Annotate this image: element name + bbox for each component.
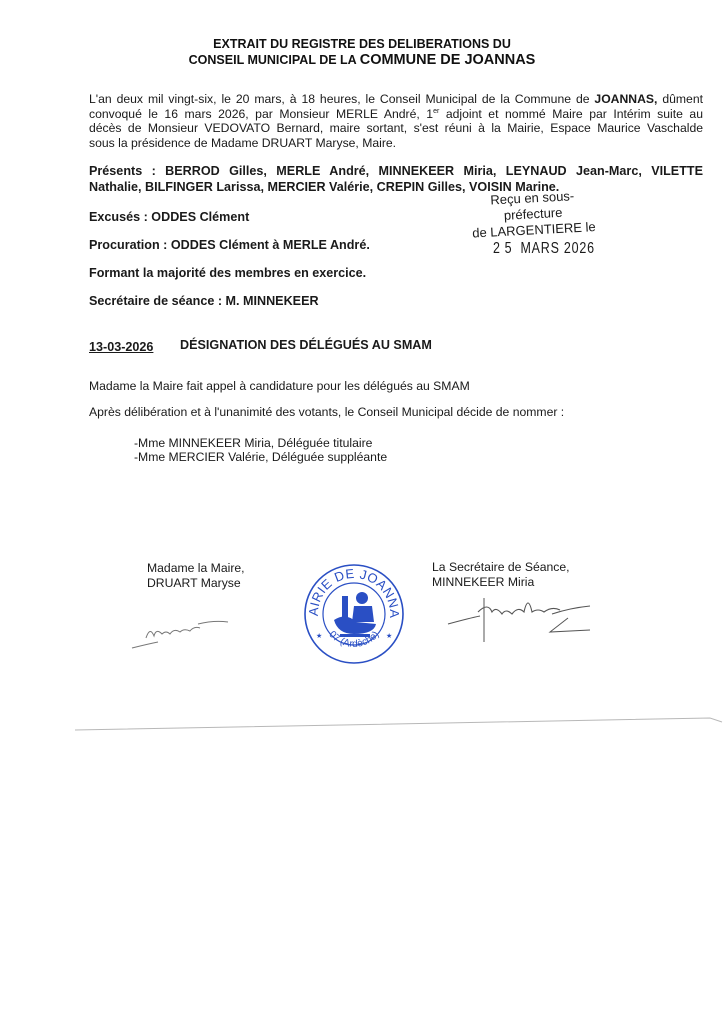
delegate-item: -Mme MINNEKEER Miria, Déléguée titulaire: [134, 436, 387, 450]
svg-text:★: ★: [316, 632, 322, 640]
intro-line-2: convoqué le 16 mars 2026, par Monsieur M…: [89, 107, 703, 122]
delegate-item: -Mme MERCIER Valérie, Déléguée suppléant…: [134, 450, 387, 464]
deliberation-title: DÉSIGNATION DES DÉLÉGUÉS AU SMAM: [180, 338, 432, 352]
intro-line-4: sous la présidence de Madame DRUART Mary…: [89, 136, 703, 151]
delegates-list: -Mme MINNEKEER Miria, Déléguée titulaire…: [134, 436, 387, 464]
reception-stamp: Reçu en sous-préfecture de LARGENTIERE l…: [462, 187, 604, 242]
document-page: EXTRAIT DU REGISTRE DES DELIBERATIONS DU…: [0, 0, 724, 1024]
mayor-title: Madame la Maire,: [147, 561, 245, 576]
presents-list: Présents : BERROD Gilles, MERLE André, M…: [89, 163, 703, 195]
deliberation-number: 13-03-2026: [89, 340, 153, 354]
intro-line-3: décès de Monsieur VEDOVATO Bernard, mair…: [89, 121, 703, 136]
reception-month-year: MARS 2026: [520, 240, 594, 257]
presents-line-2: Nathalie, BILFINGER Larissa, MERCIER Val…: [89, 179, 703, 195]
procuration-line: Procuration : ODDES Clément à MERLE Andr…: [89, 238, 370, 252]
majorite-line: Formant la majorité des membres en exerc…: [89, 266, 366, 280]
town-hall-seal-icon: MAIRIE DE JOANNAS 07 (Ardèche) ★ ★: [302, 562, 406, 666]
svg-text:MAIRIE DE JOANNAS: MAIRIE DE JOANNAS: [302, 562, 402, 618]
excuses-line: Excusés : ODDES Clément: [89, 210, 249, 224]
svg-text:★: ★: [386, 632, 392, 640]
reception-day: 25: [493, 240, 516, 257]
secretaire-line: Secrétaire de séance : M. MINNEKEER: [89, 294, 319, 308]
header-line-2-prefix: CONSEIL MUNICIPAL DE LA: [189, 53, 360, 67]
header-line-2: CONSEIL MUNICIPAL DE LA COMMUNE DE JOANN…: [0, 52, 724, 69]
intro-line-1: L'an deux mil vingt-six, le 20 mars, à 1…: [89, 92, 703, 107]
mayor-signature-icon: [128, 608, 238, 653]
reception-date: 25 MARS 2026: [493, 240, 595, 258]
secretary-title: La Secrétaire de Séance,: [432, 560, 570, 575]
deliberation-paragraph-2: Après délibération et à l'unanimité des …: [89, 405, 564, 419]
deliberation-paragraph-1: Madame la Maire fait appel à candidature…: [89, 379, 470, 393]
secretary-signature-icon: [440, 582, 600, 652]
mayor-signature-block: Madame la Maire, DRUART Maryse: [147, 561, 245, 591]
commune-name: COMMUNE DE JOANNAS: [360, 52, 536, 68]
presents-line-1: Présents : BERROD Gilles, MERLE André, M…: [89, 163, 703, 179]
mayor-name: DRUART Maryse: [147, 576, 245, 591]
header-line-1: EXTRAIT DU REGISTRE DES DELIBERATIONS DU: [0, 36, 724, 53]
intro-paragraph: L'an deux mil vingt-six, le 20 mars, à 1…: [89, 92, 703, 150]
horizontal-rule: [0, 690, 724, 750]
